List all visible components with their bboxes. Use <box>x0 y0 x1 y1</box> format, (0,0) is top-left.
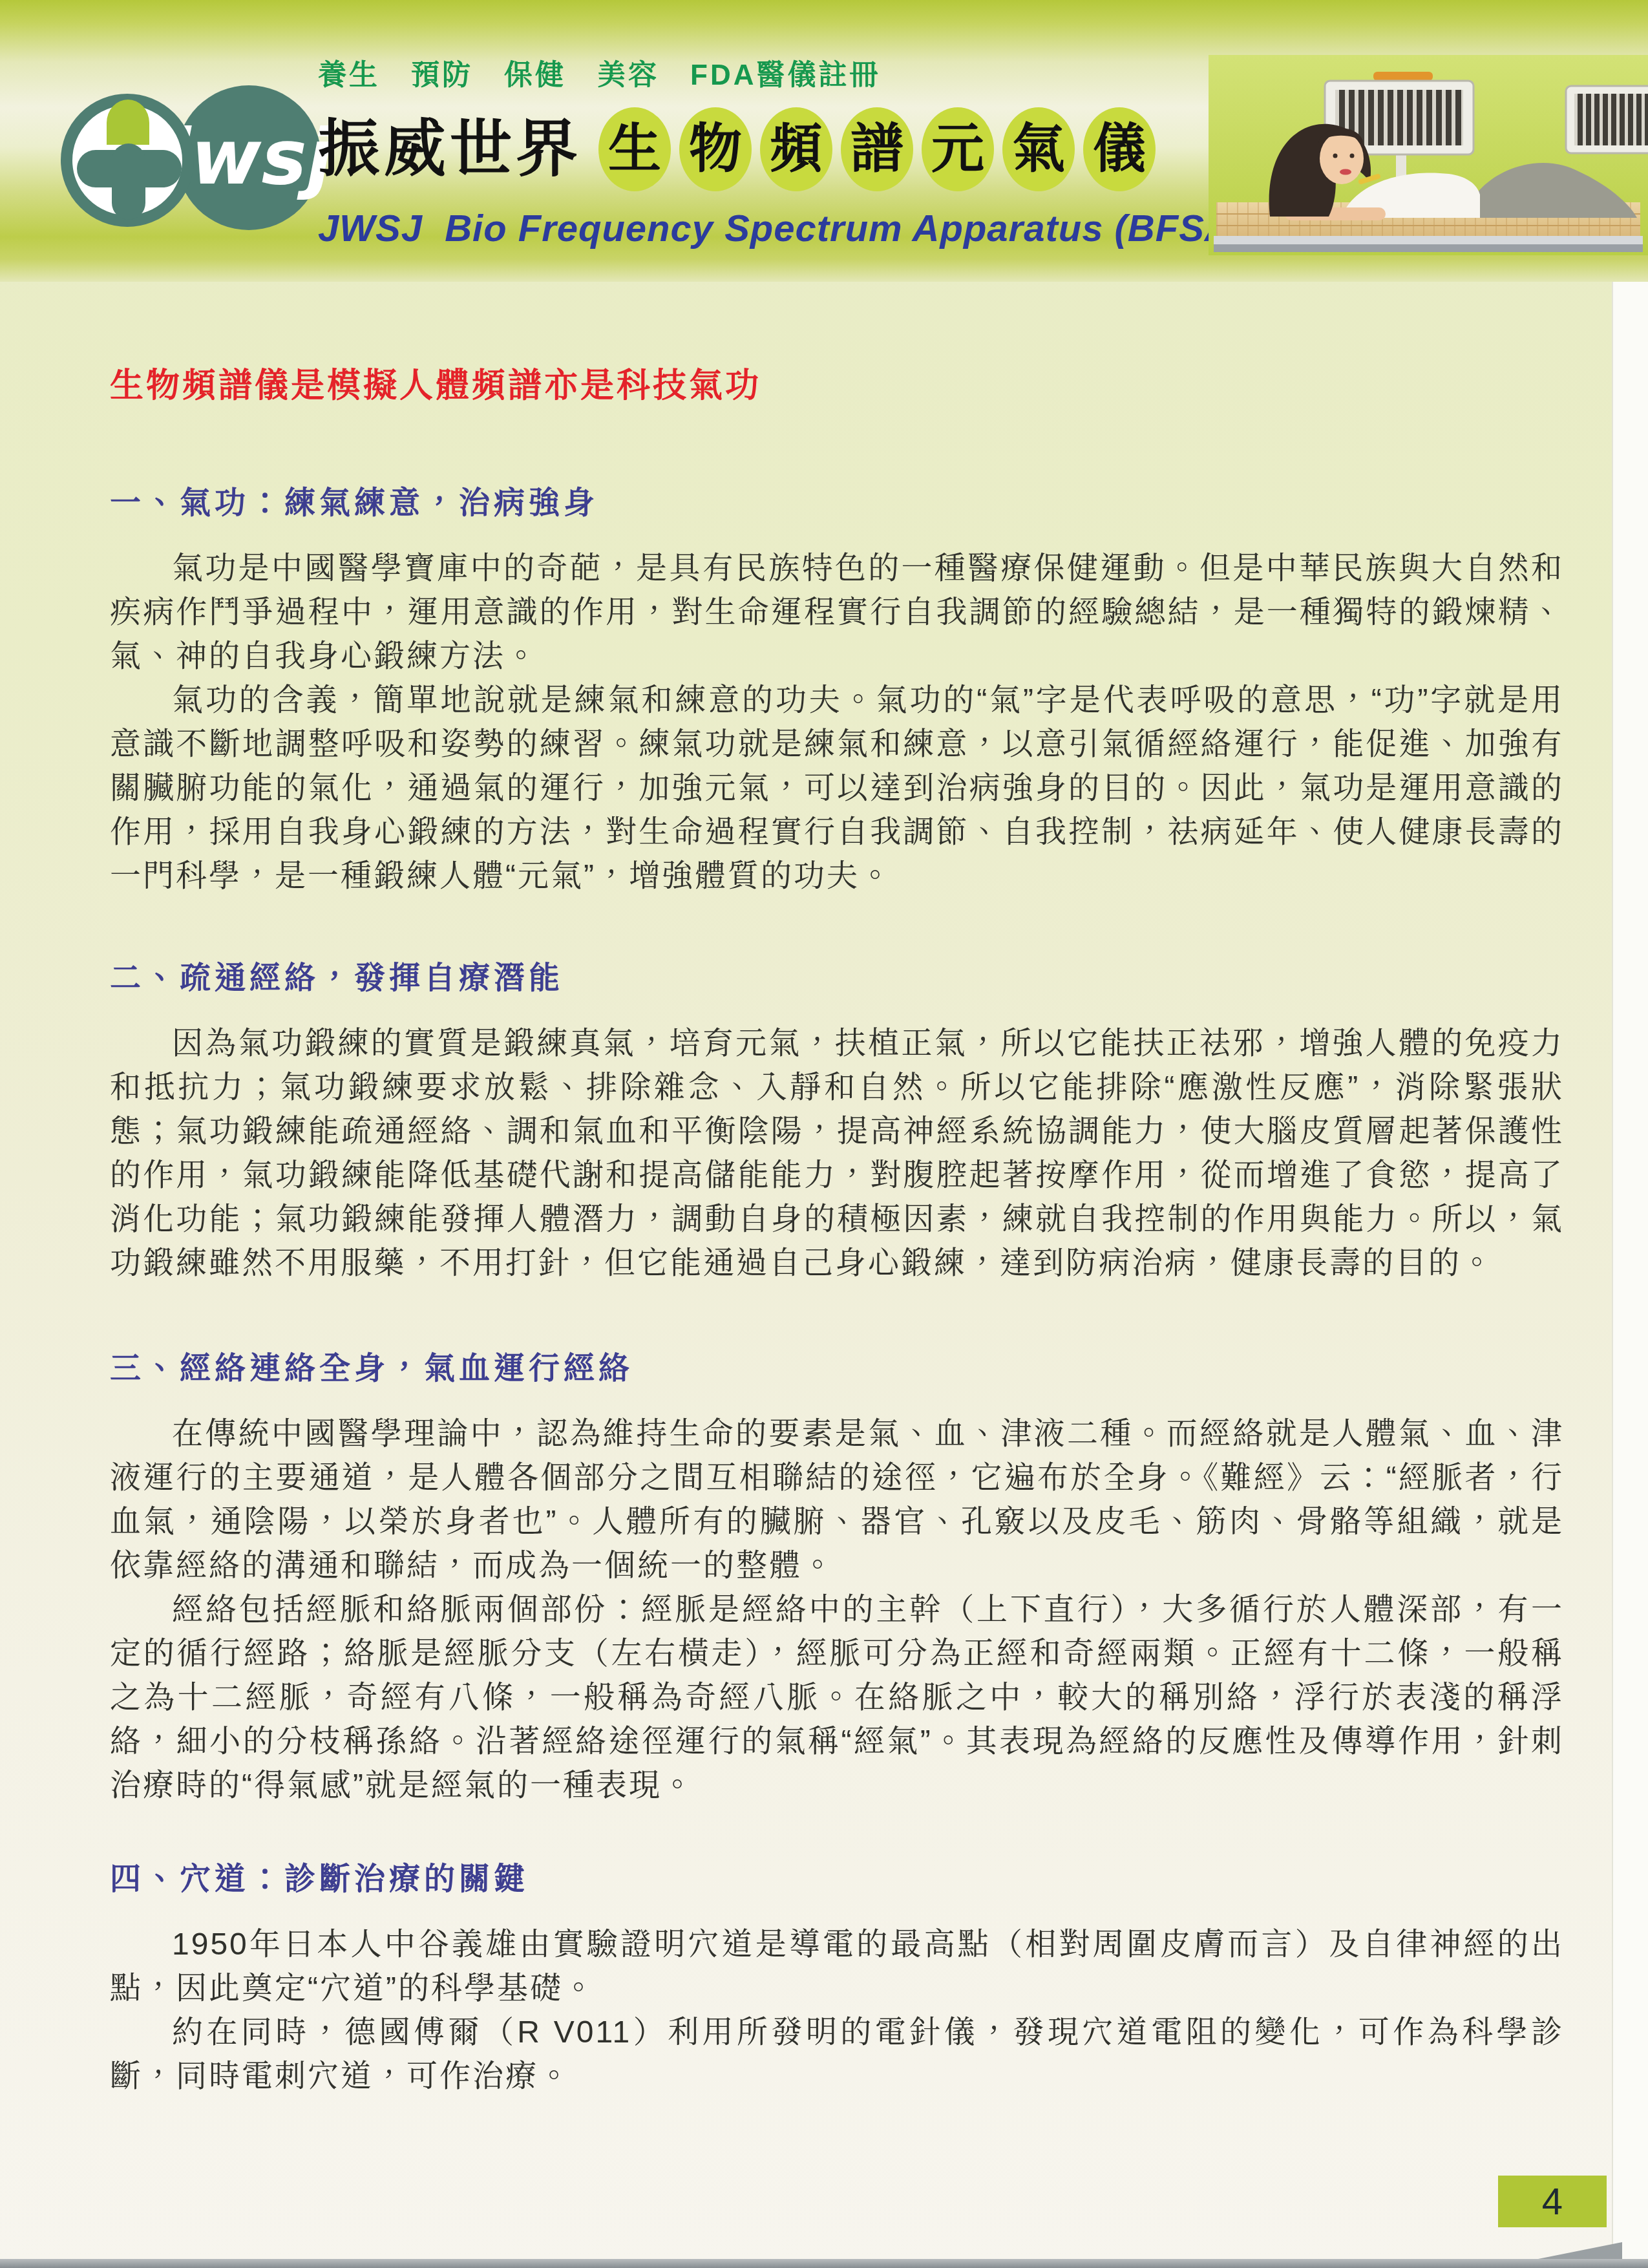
brand-capsules: 生 物 頻 譜 元 氣 儀 <box>598 107 1156 191</box>
brand-capsule: 氣 <box>1002 107 1075 191</box>
paragraph: 經絡包括經脈和絡脈兩個部份：經脈是經絡中的主幹（上下直行），大多循行於人體深部，… <box>110 1588 1564 1808</box>
page-number: 4 <box>1542 2180 1563 2223</box>
page-header: jwsj 養生 預防 保健 美容 FDA醫儀註冊 振威世界 生 物 頻 譜 元 … <box>0 0 1648 282</box>
page-title: 生物頻譜儀是模擬人體頻譜亦是科技氣功 <box>110 365 1564 407</box>
brand-capsule: 頻 <box>760 107 832 191</box>
section-2-heading: 二、疏通經絡，發揮自療潛能 <box>110 960 1564 997</box>
brand-capsule: 物 <box>679 107 752 191</box>
section-1-heading: 一、氣功：練氣練意，治病強身 <box>110 485 1564 522</box>
page-number-badge: 4 <box>1498 2176 1607 2227</box>
header-text-block: 養生 預防 保健 美容 FDA醫儀註冊 振威世界 生 物 頻 譜 元 氣 儀 J… <box>318 52 1178 250</box>
paragraph: 1950年日本人中谷義雄由實驗證明穴道是導電的最高點（相對周圍皮膚而言）及自律神… <box>110 1923 1564 2011</box>
brand-capsule: 生 <box>598 107 671 191</box>
tagline: 養生 預防 保健 美容 FDA醫儀註冊 <box>318 52 1178 93</box>
paragraph: 約在同時，德國傅爾（R V011）利用所發明的電針儀，發現穴道電阻的變化，可作為… <box>110 2011 1564 2099</box>
section-4-heading: 四、穴道：診斷治療的關鍵 <box>110 1861 1564 1898</box>
jwsj-logo-icon: jwsj <box>55 47 334 268</box>
section-2: 二、疏通經絡，發揮自療潛能 因為氣功鍛練的實質是鍛練真氣，培育元氣，扶植正氣，所… <box>110 960 1564 1286</box>
brand-title: 振威世界 生 物 頻 譜 元 氣 儀 <box>318 107 1178 191</box>
paragraph: 氣功是中國醫學寶庫中的奇葩，是具有民族特色的一種醫療保健運動。但是中華民族與大自… <box>110 547 1564 679</box>
paragraph: 因為氣功鍛練的實質是鍛練真氣，培育元氣，扶植正氣，所以它能扶正祛邪，增強人體的免… <box>110 1022 1564 1286</box>
scan-edge-right <box>1612 282 1648 2268</box>
scan-edge-bottom <box>0 2259 1648 2268</box>
jwsj-logo: jwsj <box>55 47 334 268</box>
page-body: 生物頻譜儀是模擬人體頻譜亦是科技氣功 一、氣功：練氣練意，治病強身 氣功是中國醫… <box>110 346 1564 2099</box>
section-3-heading: 三、經絡連絡全身，氣血運行經絡 <box>110 1350 1564 1388</box>
brand-capsule: 元 <box>922 107 994 191</box>
brand-subtitle-en: JWSJ Bio Frequency Spectrum Apparatus (B… <box>318 207 1178 250</box>
paragraph: 在傳統中國醫學理論中，認為維持生命的要素是氣、血、津液二種。而經絡就是人體氣、血… <box>110 1412 1564 1588</box>
section-3: 三、經絡連絡全身，氣血運行經絡 在傳統中國醫學理論中，認為維持生命的要素是氣、血… <box>110 1350 1564 1808</box>
paragraph: 氣功的含義，簡單地說就是練氣和練意的功夫。氣功的“氣”字是代表呼吸的意思，“功”… <box>110 679 1564 898</box>
brand-capsule: 儀 <box>1083 107 1156 191</box>
product-photo <box>1209 55 1648 255</box>
section-4: 四、穴道：診斷治療的關鍵 1950年日本人中谷義雄由實驗證明穴道是導電的最高點（… <box>110 1861 1564 2099</box>
logo-arch-icon <box>107 100 149 145</box>
brand-name-cn: 振威世界 <box>318 118 582 180</box>
section-1: 一、氣功：練氣練意，治病強身 氣功是中國醫學寶庫中的奇葩，是具有民族特色的一種醫… <box>110 485 1564 898</box>
brand-capsule: 譜 <box>841 107 913 191</box>
scanned-page: jwsj 養生 預防 保健 美容 FDA醫儀註冊 振威世界 生 物 頻 譜 元 … <box>0 0 1648 2268</box>
